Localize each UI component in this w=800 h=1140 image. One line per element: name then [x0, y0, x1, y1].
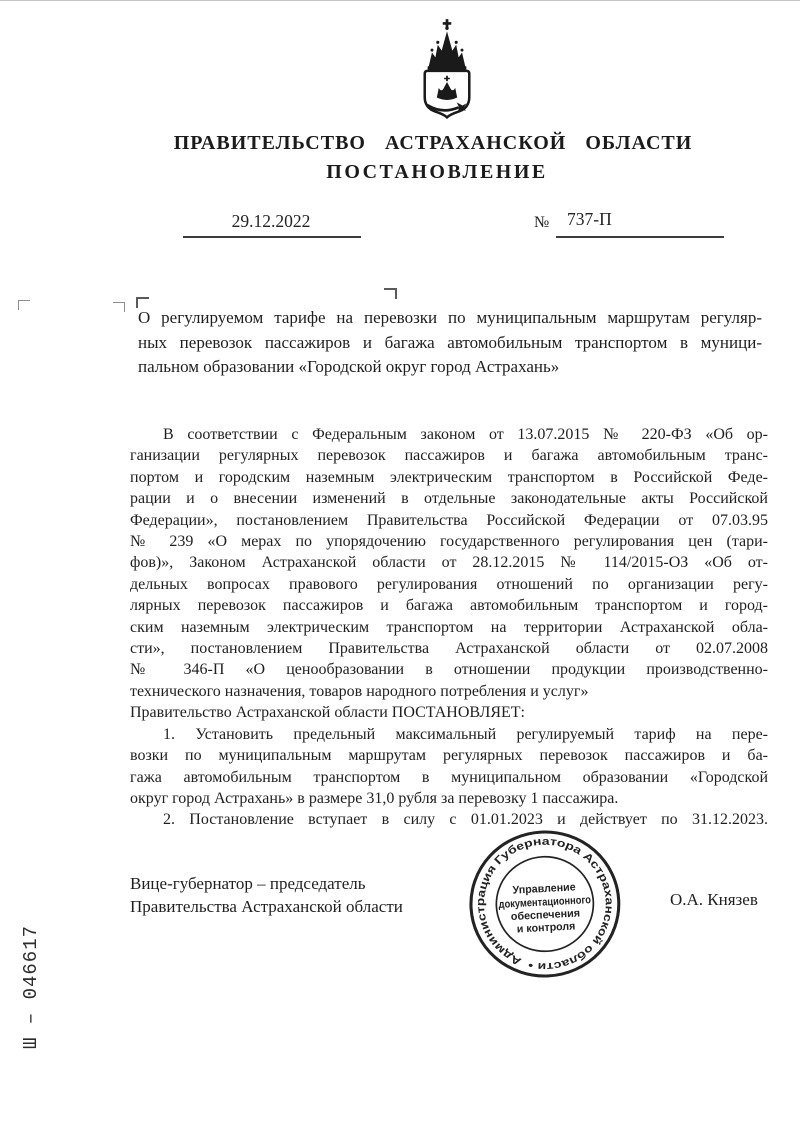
- signature-position-line1: Вице-губернатор – председатель: [130, 874, 365, 894]
- registration-code: Ш – 046617: [20, 925, 42, 1049]
- body-line: 1. Установить предельный максимальный ре…: [130, 724, 768, 745]
- body-line: № 239 «О мерах по упорядочению государст…: [130, 531, 768, 552]
- stamp-center-line: Управление: [512, 881, 576, 896]
- body-line: 2. Постановление вступает в силу с 01.01…: [130, 809, 768, 830]
- doc-number: 737-П: [567, 209, 612, 230]
- body-line: лярных перевозок пассажиров и багажа авт…: [130, 595, 768, 616]
- body-line: В соответствии с Федеральным законом от …: [130, 424, 768, 445]
- coat-of-arms-icon: [416, 16, 478, 120]
- doc-title-line: ных перевозок пассажиров и багажа автомо…: [138, 331, 762, 356]
- crop-mark: [384, 288, 397, 299]
- doc-title-line: пальном образовании «Городской округ гор…: [138, 355, 762, 380]
- signature-position-line2: Правительства Астраханской области: [130, 897, 403, 917]
- signatory-name: О.А. Князев: [670, 890, 758, 910]
- number-underline: [556, 236, 724, 238]
- body-line: ганизации регулярных перевозок пассажиро…: [130, 445, 768, 466]
- body-line: портом и городским наземным электрически…: [130, 467, 768, 488]
- body-line: сти», постановлением Правительства Астра…: [130, 638, 768, 659]
- doc-title-line: О регулируемом тарифе на перевозки по му…: [138, 306, 762, 331]
- body-line: Правительство Астраханской области ПОСТА…: [130, 702, 768, 723]
- date-underline: [183, 236, 361, 238]
- stamp-center-line: и контроля: [517, 921, 576, 936]
- body-line: Федерации», постановлением Правительства…: [130, 510, 768, 531]
- document-page: ПРАВИТЕЛЬСТВО АСТРАХАНСКОЙ ОБЛАСТИ ПОСТА…: [0, 0, 800, 1140]
- body-line: дельных вопросах правового регулирования…: [130, 574, 768, 595]
- crop-mark: [18, 300, 30, 310]
- body-line: возки по муниципальным маршрутам регуляр…: [130, 745, 768, 766]
- body-line: технического назначения, товаров народно…: [130, 681, 768, 702]
- body-line: округ город Астрахань» в размере 31,0 ру…: [130, 788, 768, 809]
- org-name: ПРАВИТЕЛЬСТВО АСТРАХАНСКОЙ ОБЛАСТИ: [174, 132, 693, 155]
- approval-stamp: Администрация Губернатора Астраханской о…: [464, 825, 626, 988]
- approval-stamp-icon: Администрация Губернатора Астраханской о…: [464, 825, 626, 983]
- doc-date: 29.12.2022: [232, 211, 311, 232]
- doc-title: О регулируемом тарифе на перевозки по му…: [138, 306, 762, 380]
- scan-edge-artifact: [0, 0, 800, 1]
- doc-type-title: ПОСТАНОВЛЕНИЕ: [326, 161, 547, 184]
- body-line: № 346-П «О ценообразовании в отношении п…: [130, 659, 768, 680]
- body-line: рации и о внесении изменений в отдельные…: [130, 488, 768, 509]
- crop-mark: [113, 302, 125, 312]
- body-line: ским наземным электрическим транспортом …: [130, 617, 768, 638]
- body-line: гажа автомобильным транспортом в муницип…: [130, 767, 768, 788]
- doc-body: В соответствии с Федеральным законом от …: [130, 424, 768, 831]
- number-sign: №: [534, 214, 549, 232]
- body-line: фов)», Законом Астраханской области от 2…: [130, 552, 768, 573]
